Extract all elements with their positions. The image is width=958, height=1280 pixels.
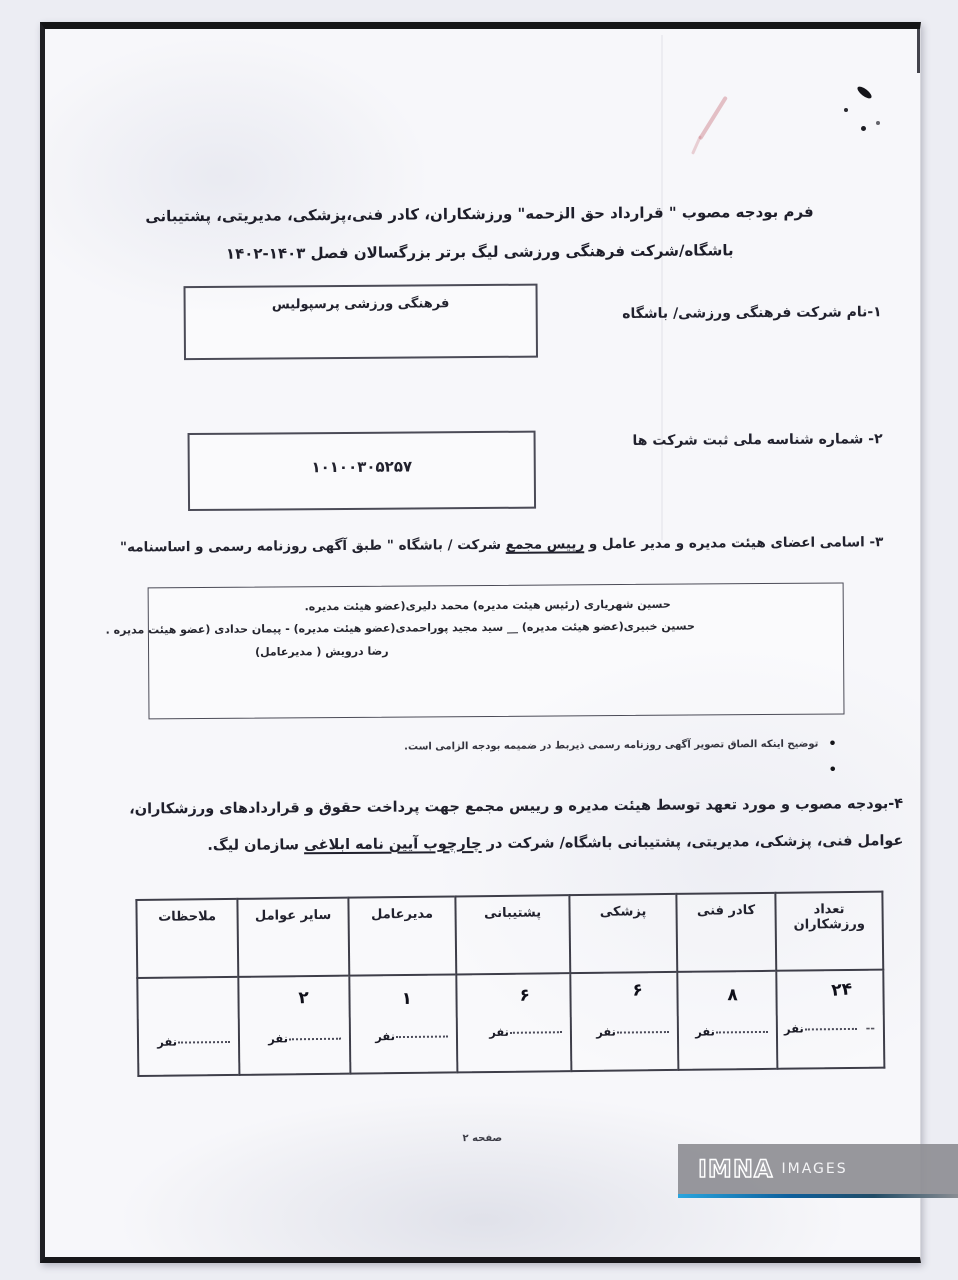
unit-label: نفر xyxy=(489,1025,509,1039)
unit-label: نفر xyxy=(596,1025,616,1039)
empty-bullet: • xyxy=(819,763,837,778)
club-name-label: ۱-نام شرکت فرهنگی ورزشی/ باشگاه xyxy=(622,304,882,322)
handwritten-count: ۶ xyxy=(631,980,643,1001)
form-title-line2: باشگاه/شرکت فرهنگی ورزشی لیگ برتر بزرگسا… xyxy=(42,230,917,274)
budget-commitment-paragraph: ۴-بودجه مصوب و مورد تعهد توسط هیئت مدیره… xyxy=(101,786,903,866)
national-id-label: ۲- شماره شناسه ملی ثبت شرکت ها xyxy=(632,431,882,449)
attachment-note-text: توضیح اینکه الصاق تصویر آگهی روزنامه رسم… xyxy=(404,739,818,753)
handwritten-count: ۸ xyxy=(727,985,738,1005)
unit-label: نفر xyxy=(268,1031,288,1045)
header-remarks: ملاحظات xyxy=(136,899,238,978)
bullet-icon: • xyxy=(828,737,836,752)
header-medical: پزشکی xyxy=(569,894,677,973)
dotted-fill-line xyxy=(617,1029,669,1034)
budget-paragraph-line2-underlined: چارچوب آیین نامه ابلاغی xyxy=(304,836,482,853)
cell-other-staff: ۲ نفر xyxy=(238,976,350,1075)
form-title: فرم بودجه مصوب " قرارداد حق الزحمه" ورزش… xyxy=(42,192,918,274)
form-title-line1: فرم بودجه مصوب " قرارداد حق الزحمه" ورزش… xyxy=(42,192,917,236)
unit-label: نفر xyxy=(784,1021,804,1035)
board-members-label: ۳- اسامی اعضای هیئت مدیره و مدیر عامل و … xyxy=(120,534,883,555)
header-ceo: مدیرعامل xyxy=(348,896,456,975)
cell-athletes-count: ۲۴ --نفر xyxy=(776,970,884,1069)
board-member-line: حسین شهریاری (رئیس هیئت مدیره) محمد دلیر… xyxy=(305,598,671,614)
board-members-label-prefix: ۳- اسامی اعضای هیئت مدیره و مدیر عامل و xyxy=(584,534,883,552)
dotted-fill-line xyxy=(396,1034,448,1039)
budget-paragraph-line1: ۴-بودجه مصوب و مورد تعهد توسط هیئت مدیره… xyxy=(101,786,903,829)
attachment-note: •توضیح اینکه الصاق تصویر آگهی روزنامه رس… xyxy=(404,737,837,755)
scanned-form-page: فرم بودجه مصوب " قرارداد حق الزحمه" ورزش… xyxy=(40,22,921,1263)
table-header-row: تعداد ورزشکاران کادر فنی پزشکی پشتیبانی … xyxy=(136,892,883,978)
bullet-icon: • xyxy=(829,763,837,778)
unit-label: نفر xyxy=(695,1024,715,1038)
board-member-line: رضا درویش ( مدیرعامل) xyxy=(255,645,389,659)
table-value-row: ۲۴ --نفر ۸ نفر ۶ نفر ۶ نفر ۱ نفر xyxy=(137,970,884,1076)
dash-mark: -- xyxy=(866,1022,875,1035)
cell-ceo: ۱ نفر xyxy=(349,974,457,1073)
dotted-fill-line xyxy=(510,1029,562,1034)
dotted-fill-line xyxy=(178,1039,230,1044)
budget-paragraph-line2: عوامل فنی، پزشکی، مدیریتی، پشتیبانی باشگ… xyxy=(101,823,903,866)
board-members-box: حسین شهریاری (رئیس هیئت مدیره) محمد دلیر… xyxy=(148,582,845,719)
budget-paragraph-line2-prefix: عوامل فنی، پزشکی، مدیریتی، پشتیبانی باشگ… xyxy=(482,833,904,852)
scan-edge-artifact xyxy=(917,29,920,73)
header-other-staff: سایر عوامل xyxy=(237,898,349,977)
dotted-fill-line xyxy=(289,1036,341,1041)
unit-label: نفر xyxy=(375,1029,395,1043)
handwritten-count: ۶ xyxy=(519,985,530,1005)
club-name-box: فرهنگی ورزشی پرسپولیس xyxy=(184,284,539,360)
screenshot-root: { "document": { "title_line1": "فرم بودج… xyxy=(0,0,958,1280)
cell-support: ۶ نفر xyxy=(456,973,571,1072)
imna-logo: IMNA xyxy=(698,1157,773,1181)
header-technical-staff: کادر فنی xyxy=(676,893,776,972)
header-support: پشتیبانی xyxy=(455,895,570,974)
watermark-accent-bar xyxy=(678,1194,958,1198)
dotted-fill-line xyxy=(805,1026,857,1031)
form-content: فرم بودجه مصوب " قرارداد حق الزحمه" ورزش… xyxy=(41,26,925,1260)
page-number: صفحه ۲ xyxy=(462,1133,502,1144)
handwritten-count: ۲ xyxy=(298,988,309,1008)
header-athletes-count: تعداد ورزشکاران xyxy=(775,892,883,971)
cell-remarks: نفر xyxy=(137,977,239,1076)
national-id-box: ۱۰۱۰۰۳۰۵۲۵۷ xyxy=(188,431,537,511)
board-members-label-underlined: رییس مجمع xyxy=(506,536,585,553)
handwritten-count: ۲۴ xyxy=(831,979,853,1001)
staff-count-table: تعداد ورزشکاران کادر فنی پزشکی پشتیبانی … xyxy=(135,891,885,1077)
handwritten-count: ۱ xyxy=(401,989,412,1009)
dotted-fill-line xyxy=(716,1029,768,1034)
imna-images-text: IMAGES xyxy=(781,1161,847,1177)
board-member-line: حسین خبیری(عضو هیئت مدیره) __ سید مجید پ… xyxy=(106,620,695,637)
budget-paragraph-line2-suffix: سازمان لیگ. xyxy=(207,837,304,854)
national-id-value: ۱۰۱۰۰۳۰۵۲۵۷ xyxy=(190,457,534,477)
cell-technical-staff: ۸ نفر xyxy=(677,971,777,1070)
imna-watermark: IMNA IMAGES xyxy=(678,1144,958,1194)
club-name-value: فرهنگی ورزشی پرسپولیس xyxy=(186,296,536,313)
cell-medical: ۶ نفر xyxy=(570,972,678,1071)
unit-label: نفر xyxy=(157,1035,177,1049)
board-members-label-suffix: شرکت / باشگاه " طبق آگهی روزنامه رسمی و … xyxy=(120,537,506,556)
